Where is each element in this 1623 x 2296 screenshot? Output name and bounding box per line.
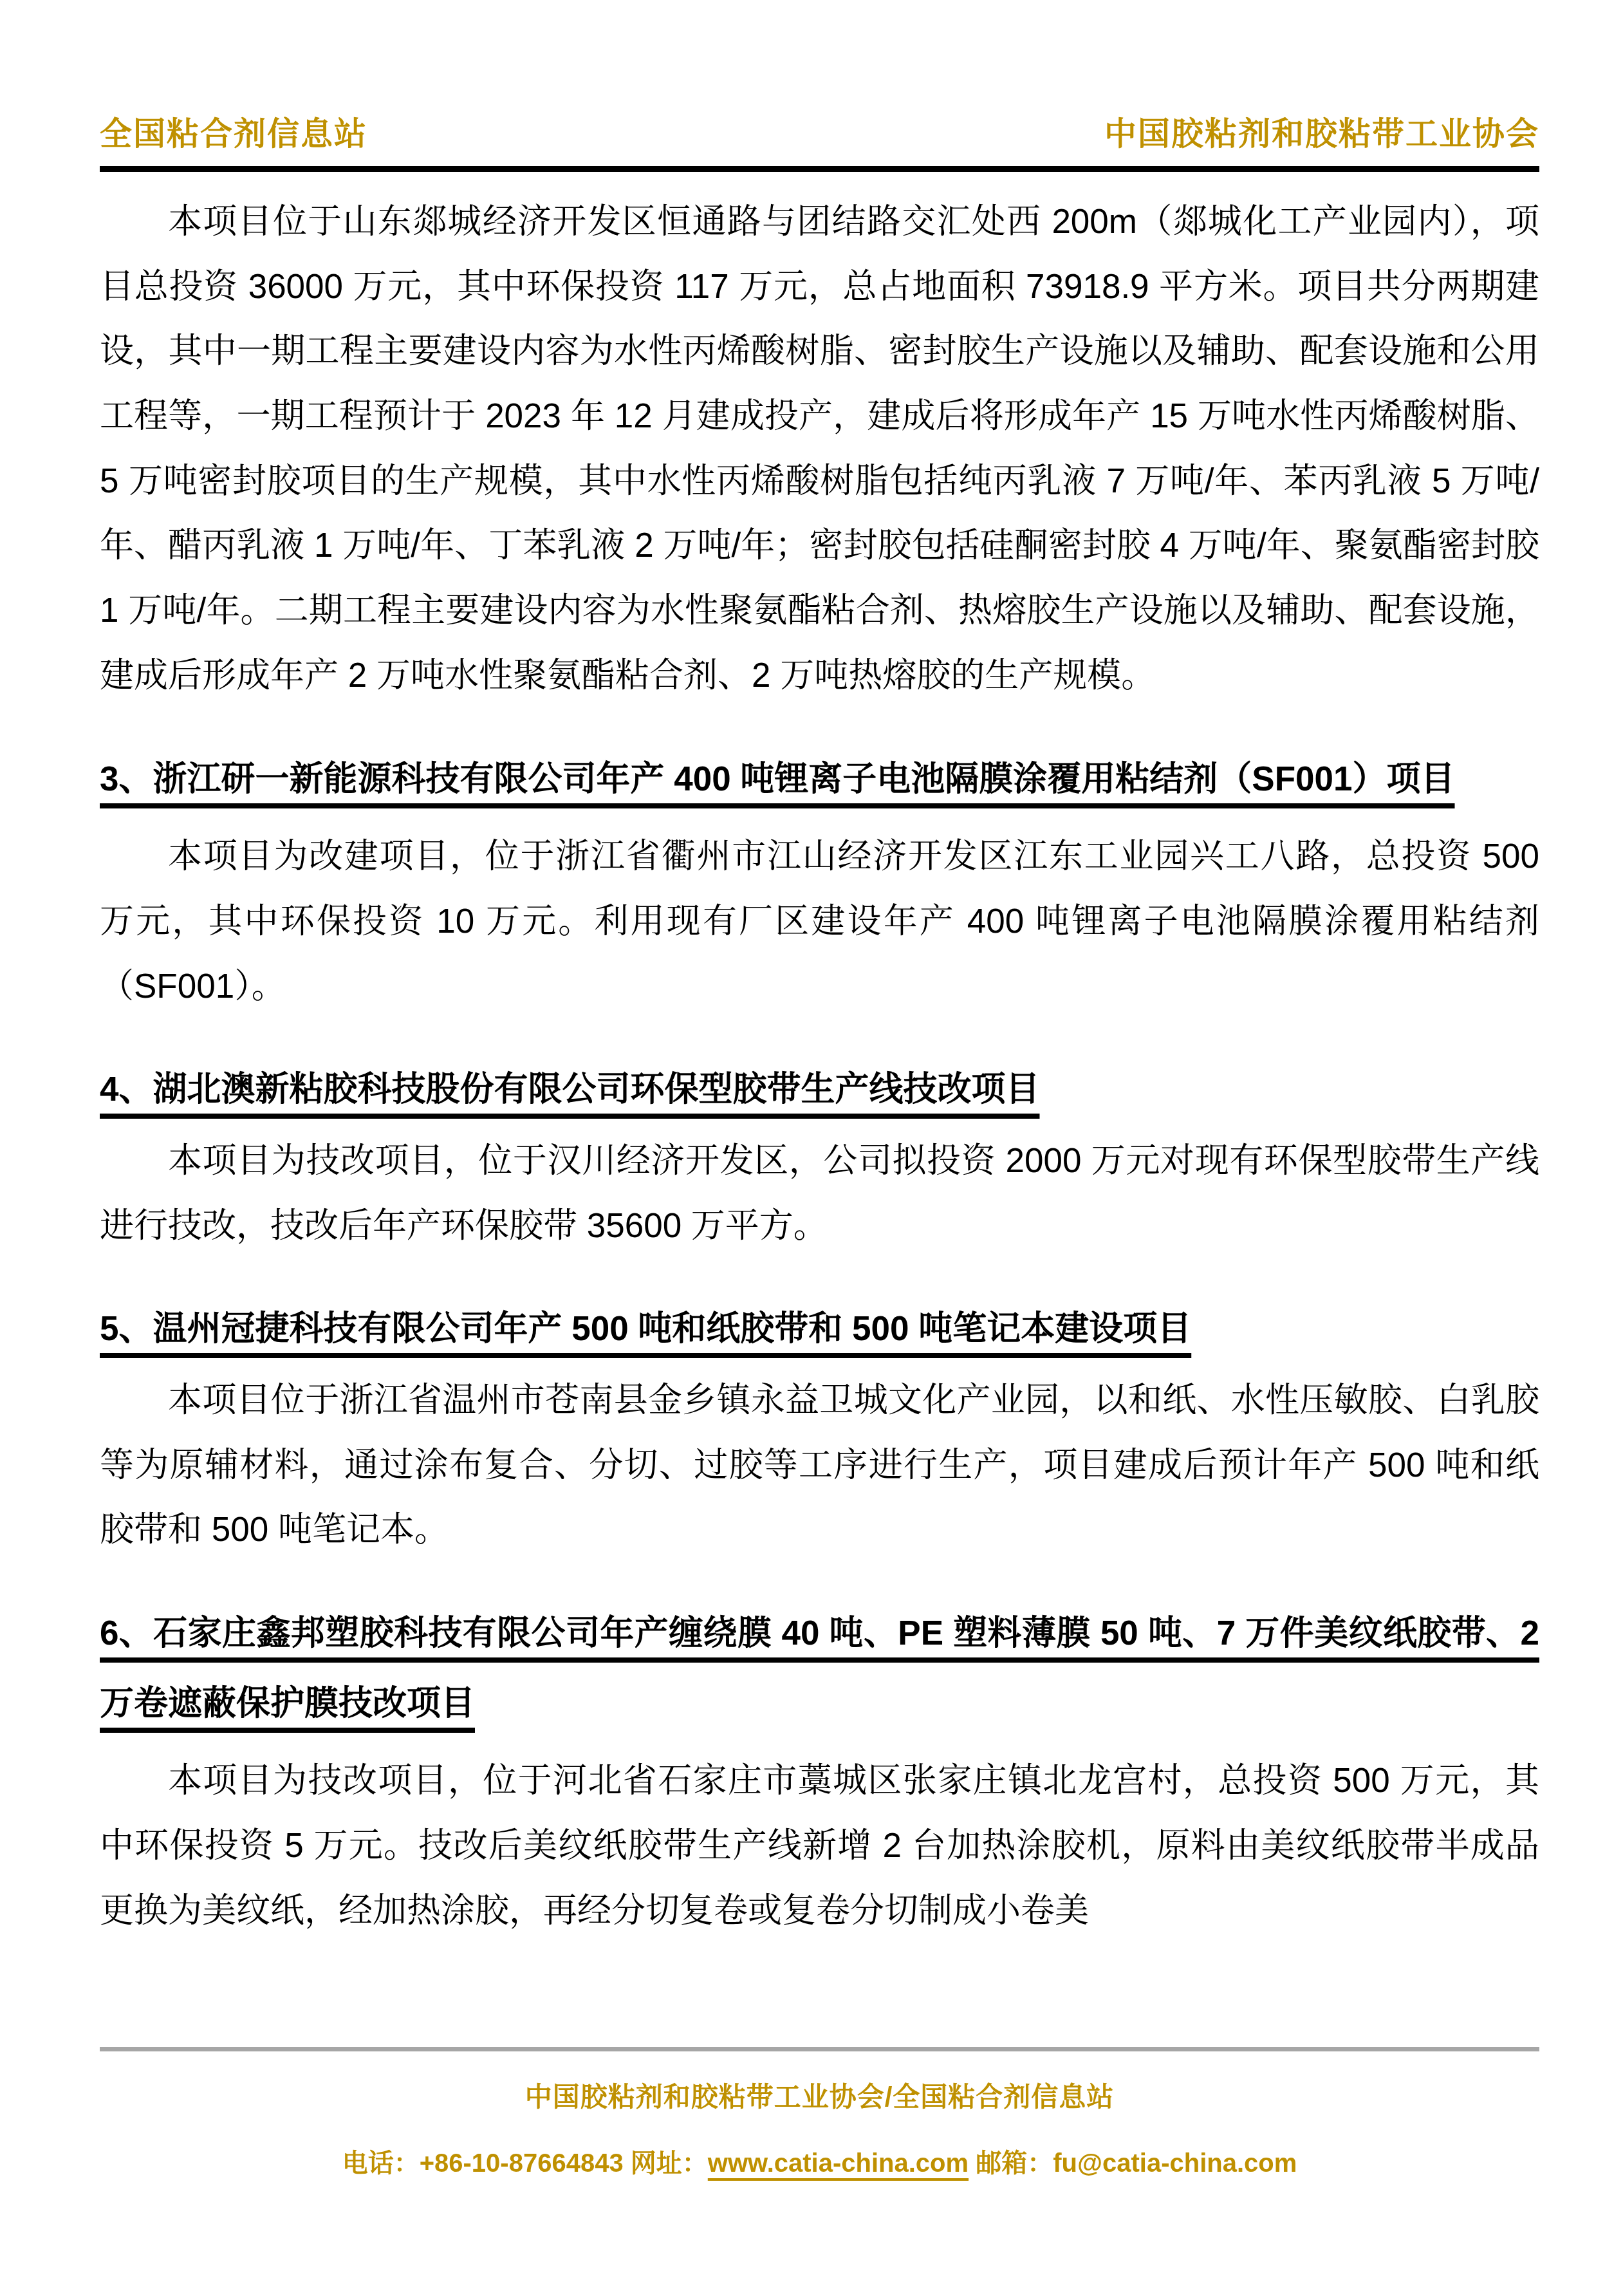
body-paragraph-project6: 本项目为技改项目，位于河北省石家庄市藁城区张家庄镇北龙宫村，总投资 500 万元…: [100, 1749, 1539, 1943]
website-link[interactable]: www.catia-china.com: [708, 2149, 969, 2178]
page-footer: 中国胶粘剂和胶粘带工业协会/全国粘合剂信息站 电话：+86-10-8766484…: [100, 2047, 1539, 2179]
document-page: 全国粘合剂信息站 中国胶粘剂和胶粘带工业协会 本项目位于山东郯城经济开发区恒通路…: [0, 0, 1623, 2296]
header-site-name: 全国粘合剂信息站: [100, 108, 367, 154]
footer-email-label: 邮箱：: [969, 2149, 1053, 2178]
body-paragraph-project4: 本项目为技改项目，位于汉川经济开发区，公司拟投资 2000 万元对现有环保型胶带…: [100, 1129, 1539, 1258]
footer-divider: [100, 2047, 1539, 2051]
body-paragraph-project5: 本项目位于浙江省温州市苍南县金乡镇永益卫城文化产业园，以和纸、水性压敏胶、白乳胶…: [100, 1368, 1539, 1563]
header-association-name: 中国胶粘剂和胶粘带工业协会: [1104, 108, 1539, 154]
footer-contact-line: 电话：+86-10-87664843 网址：www.catia-china.co…: [100, 2143, 1539, 2179]
footer-email-address: fu@catia-china.com: [1053, 2149, 1297, 2178]
footer-phone-and-web-label: 电话：+86-10-87664843 网址：: [342, 2149, 708, 2178]
project-heading-5: 5、温州冠捷科技有限公司年产 500 吨和纸胶带和 500 吨笔记本建设项目: [100, 1294, 1539, 1365]
body-paragraph-project2: 本项目位于山东郯城经济开发区恒通路与团结路交汇处西 200m（郯城化工产业园内）…: [100, 190, 1539, 709]
footer-org-line: 中国胶粘剂和胶粘带工业协会/全国粘合剂信息站: [100, 2076, 1539, 2114]
header-divider: [100, 166, 1539, 172]
project-heading-6: 6、石家庄鑫邦塑胶科技有限公司年产缠绕膜 40 吨、PE 塑料薄膜 50 吨、7…: [100, 1599, 1539, 1739]
page-header: 全国粘合剂信息站 中国胶粘剂和胶粘带工业协会: [100, 108, 1539, 154]
project-heading-4: 4、湖北澳新粘胶科技股份有限公司环保型胶带生产线技改项目: [100, 1055, 1539, 1125]
body-paragraph-project3: 本项目为改建项目，位于浙江省衢州市江山经济开发区江东工业园兴工八路，总投资 50…: [100, 825, 1539, 1019]
project-heading-3: 3、浙江研一新能源科技有限公司年产 400 吨锂离子电池隔膜涂覆用粘结剂（SF0…: [100, 745, 1539, 815]
document-body: 本项目位于山东郯城经济开发区恒通路与团结路交汇处西 200m（郯城化工产业园内）…: [100, 190, 1539, 1943]
